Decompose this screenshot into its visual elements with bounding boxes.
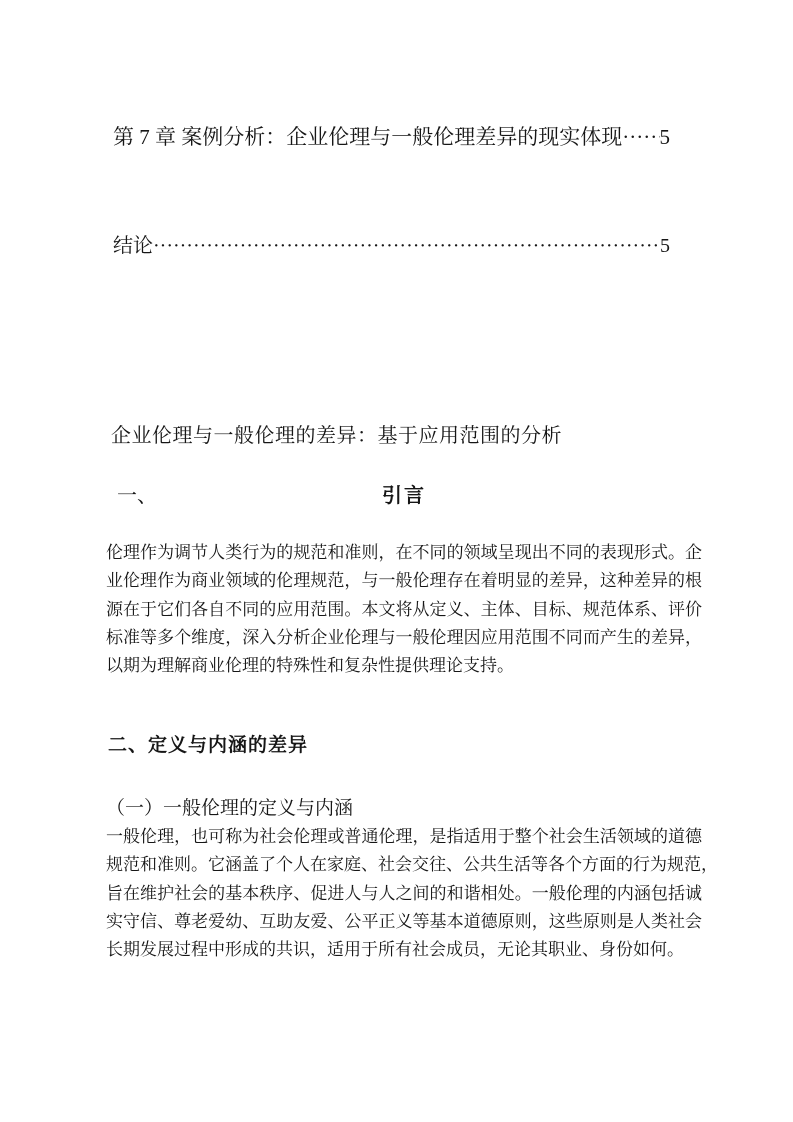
toc-entry-label: 第 7 章 案例分析：企业伦理与一般伦理差异的现实体现 [113,122,622,152]
toc-page-number: 5 [660,231,670,261]
toc-leader-dots: ········································… [153,231,660,261]
paragraph-line: 以期为理解商业伦理的特殊性和复杂性提供理论支持。 [106,652,702,680]
section-title: 引言 [382,485,426,507]
toc-page-number: 5 [660,122,671,152]
paragraph-line: 标准等多个维度，深入分析企业伦理与一般伦理因应用范围不同而产生的差异， [106,624,702,652]
document-page: 第 7 章 案例分析：企业伦理与一般伦理差异的现实体现 ············… [0,0,793,1122]
toc-entry-label: 结论 [113,231,153,261]
paragraph-line: 业伦理作为商业领域的伦理规范，与一般伦理存在着明显的差异，这种差异的根 [106,567,702,595]
paragraph-line: 长期发展过程中形成的共识，适用于所有社会成员，无论其职业、身份如何。 [106,936,702,964]
paragraph-line: 伦理作为调节人类行为的规范和准则，在不同的领域呈现出不同的表现形式。企 [106,539,702,567]
document-title: 企业伦理与一般伦理的差异：基于应用范围的分析 [111,419,562,448]
paragraph-line: 一般伦理，也可称为社会伦理或普通伦理，是指适用于整个社会生活领域的道德 [106,823,702,851]
paragraph-line: 实守信、尊老爱幼、互助友爱、公平正义等基本道德原则，这些原则是人类社会 [106,908,702,936]
section-number: 一、 [117,484,157,508]
toc-entry-chapter7: 第 7 章 案例分析：企业伦理与一般伦理差异的现实体现 ············… [113,122,670,152]
section-heading-intro: 一、 引言 [106,484,702,508]
body-paragraph-general-ethics: 一般伦理，也可称为社会伦理或普通伦理，是指适用于整个社会生活领域的道德 规范和准… [106,823,702,964]
paragraph-line: 源在于它们各自不同的应用范围。本文将从定义、主体、目标、规范体系、评价 [106,596,702,624]
toc-leader-dots: ···················· [622,122,659,152]
section-heading-definitions: 二、定义与内涵的差异 [108,730,308,757]
paragraph-line: 旨在维护社会的基本秩序、促进人与人之间的和谐相处。一般伦理的内涵包括诚 [106,880,702,908]
toc-entry-conclusion: 结论 ·····································… [113,231,670,261]
subsection-heading-general-ethics: （一）一般伦理的定义与内涵 [106,793,353,820]
body-paragraph-intro: 伦理作为调节人类行为的规范和准则，在不同的领域呈现出不同的表现形式。企 业伦理作… [106,539,702,680]
paragraph-line: 规范和准则。它涵盖了个人在家庭、社会交往、公共生活等各个方面的行为规范， [106,851,702,879]
